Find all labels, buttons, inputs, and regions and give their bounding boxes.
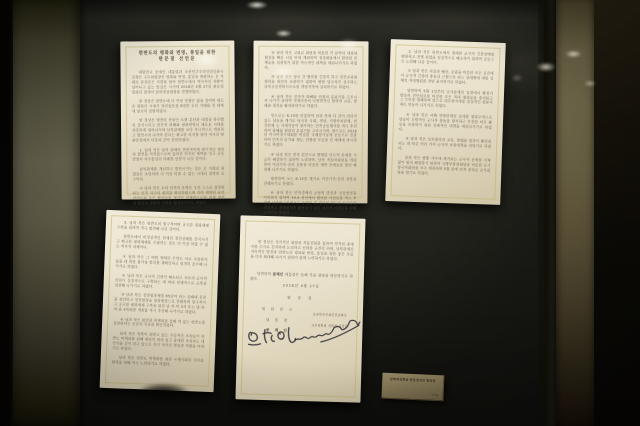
paragraph: ① 남과 북은 지상과 해상, 공중을 비롯한 모든 공간에서 군사적 긴장과 … bbox=[400, 69, 493, 87]
paragraph: 3. 남과 북은 한반도의 항구적이며 공고한 평화체제 구축을 위하여 적극 … bbox=[117, 220, 209, 233]
paragraph: 당면하여 5월 1일부터 군사분계선 일대에서 확성기 방송과 전단살포를 비롯… bbox=[399, 88, 493, 111]
paper-glare bbox=[271, 65, 295, 81]
paragraph: 안으로는 6.15를 비롯하여 남과 북에 다 같이 의의가 있는 날들을 계기… bbox=[264, 114, 357, 149]
moon-jaein-name-emphasis: 문재인 bbox=[273, 272, 284, 276]
plaque-note: 복제품 bbox=[431, 393, 439, 397]
wall-right-dark bbox=[594, 0, 640, 426]
paragraph: 양 정상은 한반도에 더 이상 전쟁은 없을 것이며 새로운 평화의 시대가 열… bbox=[132, 99, 224, 115]
place-line: 판 문 점 bbox=[238, 293, 363, 301]
paragraph: 양 정상은 정기적인 회담과 직통전화를 통하여 민족의 중대사를 수시로 진지… bbox=[250, 240, 354, 262]
plaque-title: 남북정상회담 판문점선언 합의문 bbox=[385, 377, 440, 383]
paragraph: ① 남과 북은 우리 민족의 운명은 우리 스스로 결정한다는 민족 자주의 원… bbox=[133, 186, 225, 206]
light-reflection bbox=[275, 30, 292, 37]
light-reflection bbox=[584, 80, 596, 87]
declaration-page-2: ② 남과 북은 고위급 회담을 비롯한 각 분야의 대화와 협상을 빠른 시일 … bbox=[252, 41, 368, 204]
paragraph: 당면하여 오는 8.15를 계기로 이산가족·친척 상봉을 진행하기로 하였다. bbox=[264, 177, 357, 187]
shadow-blob bbox=[136, 383, 190, 401]
case-side-wall-left bbox=[8, 0, 80, 426]
paragraph: 남과 북은 한반도 비핵화를 위한 국제사회의 지지와 협력을 위해 적극 노력… bbox=[112, 355, 204, 368]
paragraph-text: 당면하여 bbox=[257, 272, 273, 276]
paragraph: 1. 남과 북은 남북 관계의 전면적이며 획기적인 개선과 발전을 이룩함으로… bbox=[132, 147, 224, 163]
paragraph: ④ 남과 북은 민족적 화해와 단합의 분위기를 고조시켜 나가기 위하여 각계… bbox=[264, 94, 357, 109]
paragraph: ③ 남과 북은 상호협력과 교류, 왕래와 접촉이 활성화 되는 데 따른 여러… bbox=[398, 136, 491, 154]
light-reflection bbox=[536, 62, 556, 72]
paragraph: ⑤ 남과 북은 민족 분단으로 발생된 인도적 문제를 시급히 해결하기 위하여… bbox=[264, 152, 357, 172]
paragraph: 남과 북은 쌍방 사이에 제기되는 군사적 문제를 지체 없이 협의 해결하기 … bbox=[397, 156, 491, 179]
light-reflection bbox=[565, 50, 582, 58]
paragraph: ③ 남과 북은 정전협정체결 65년이 되는 올해에 종전을 선언하고 정전협정… bbox=[114, 293, 207, 316]
declaration-page-1: 한반도의 평화와 번영, 통일을 위한 판문점 선언문 대한민국 문재인 대통령… bbox=[120, 41, 235, 200]
light-reflection bbox=[246, 1, 268, 9]
paragraph: 남북관계를 개선하고 발전시키는 것은 온 겨레의 한결같은 소망이며 더 이상… bbox=[132, 166, 224, 182]
declaration-page-3: 2. 남과 북은 한반도에서 첨예한 군사적 긴장상태를 완화하고 전쟁 위험을… bbox=[385, 39, 506, 205]
paragraph: 한반도에서 비정상적인 현재의 정전상태를 종식시키고 확고한 평화체제를 수립… bbox=[116, 235, 208, 253]
light-reflection bbox=[511, 74, 523, 82]
paragraph: 양 정상은 냉전의 산물인 오랜 분단과 대결을 하루빨리 종식시키고 민족적 … bbox=[132, 118, 224, 143]
paragraph: 남과 북은 북측이 취하고 있는 주동적인 조치들이 한반도 비핵화를 위해 대… bbox=[112, 331, 205, 354]
declaration-page-4: 3. 남과 북은 한반도의 항구적이며 공고한 평화체제 구축을 위하여 적극 … bbox=[100, 210, 221, 392]
paragraph: 2. 남과 북은 한반도에서 첨예한 군사적 긴장상태를 완화하고 전쟁 위험을… bbox=[401, 49, 494, 67]
paragraph: ⑥ 남과 북은 민족경제의 균형적 발전과 공동번영을 이룩하기 위하여 10.… bbox=[263, 191, 356, 216]
case-frame-left bbox=[0, 0, 13, 426]
paragraph: ④ 남과 북은 완전한 비핵화를 통해 핵 없는 한반도를 실현한다는 공동의 … bbox=[113, 317, 205, 330]
case-side-wall-right bbox=[556, 0, 595, 426]
paragraph: 대한민국 문재인 대통령과 조선민주주의인민공화국 김정은 국무위원장은 평화와… bbox=[132, 70, 224, 95]
caption-plaque: 남북정상회담 판문점선언 합의문 복제품 bbox=[381, 373, 444, 402]
declaration-page-5-signatures: 양 정상은 정기적인 회담과 직통전화를 통하여 민족의 중대사를 수시로 진지… bbox=[235, 215, 365, 402]
paragraph: ② 남과 북은 군사적 긴장이 해소되고 서로의 군사적 신뢰가 실질적으로 구… bbox=[114, 273, 206, 291]
paragraph: ② 남과 북은 서해 북방한계선 일대를 평화수역으로 만들어 우발적인 군사적… bbox=[399, 112, 493, 135]
kim-jongun-signature bbox=[290, 313, 364, 350]
signatory-south-country: 대 한 민 국 bbox=[254, 306, 302, 312]
museum-display-case-photo: 한반도의 평화와 번영, 통일을 위한 판문점 선언문 대한민국 문재인 대통령… bbox=[0, 0, 640, 426]
paper-glare bbox=[337, 39, 359, 51]
paragraph: ① 남과 북은 그 어떤 형태의 무력도 서로 사용하지 않을 데 대한 불가침… bbox=[115, 254, 207, 272]
